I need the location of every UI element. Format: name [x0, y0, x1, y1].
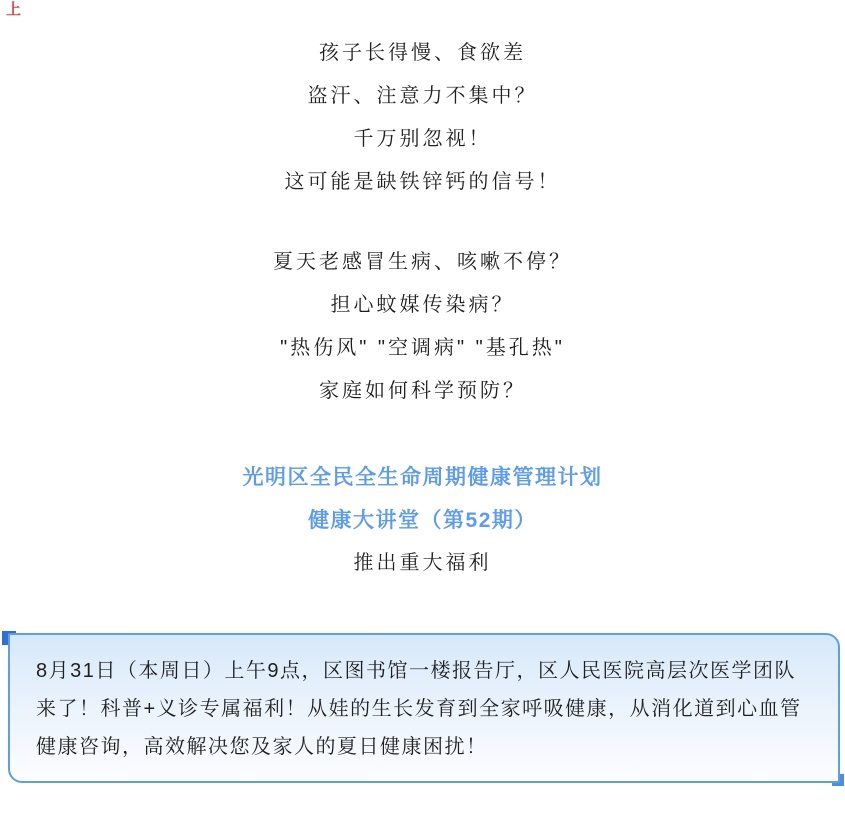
announcement-benefit-line: 推出重大福利 [0, 542, 845, 585]
intro-section-nutrition: 孩子长得慢、食欲差 盗汗、注意力不集中？ 千万别忽视！ 这可能是缺铁锌钙的信号！ [0, 32, 845, 204]
event-notice-box-inner: 8月31日（本周日）上午9点，区图书馆一楼报告厅，区人民医院高层次医学团队来了！… [8, 633, 840, 783]
intro-line: 孩子长得慢、食欲差 [0, 32, 845, 75]
event-notice-text: 8月31日（本周日）上午9点，区图书馆一楼报告厅，区人民医院高层次医学团队来了！… [36, 652, 812, 766]
corner-red-mark: 上 [6, 2, 21, 18]
announcement-section: 光明区全民全生命周期健康管理计划 健康大讲堂（第52期） 推出重大福利 [0, 456, 845, 585]
intro-line: "热伤风" "空调病" "基孔热" [0, 327, 845, 370]
intro-section-summer: 夏天老感冒生病、咳嗽不停？ 担心蚊媒传染病？ "热伤风" "空调病" "基孔热"… [0, 241, 845, 413]
article-body: 孩子长得慢、食欲差 盗汗、注意力不集中？ 千万别忽视！ 这可能是缺铁锌钙的信号！… [0, 0, 845, 585]
intro-line: 盗汗、注意力不集中？ [0, 75, 845, 118]
event-notice-box: 8月31日（本周日）上午9点，区图书馆一楼报告厅，区人民医院高层次医学团队来了！… [8, 633, 840, 783]
intro-line: 夏天老感冒生病、咳嗽不停？ [0, 241, 845, 284]
intro-line: 担心蚊媒传染病？ [0, 284, 845, 327]
intro-line: 这可能是缺铁锌钙的信号！ [0, 161, 845, 204]
intro-line: 家庭如何科学预防？ [0, 370, 845, 413]
article-page: { "page": { "background": "#ffffff", "te… [0, 0, 845, 814]
announcement-title-line1: 光明区全民全生命周期健康管理计划 [0, 456, 845, 499]
intro-line: 千万别忽视！ [0, 118, 845, 161]
announcement-title-line2: 健康大讲堂（第52期） [0, 499, 845, 542]
